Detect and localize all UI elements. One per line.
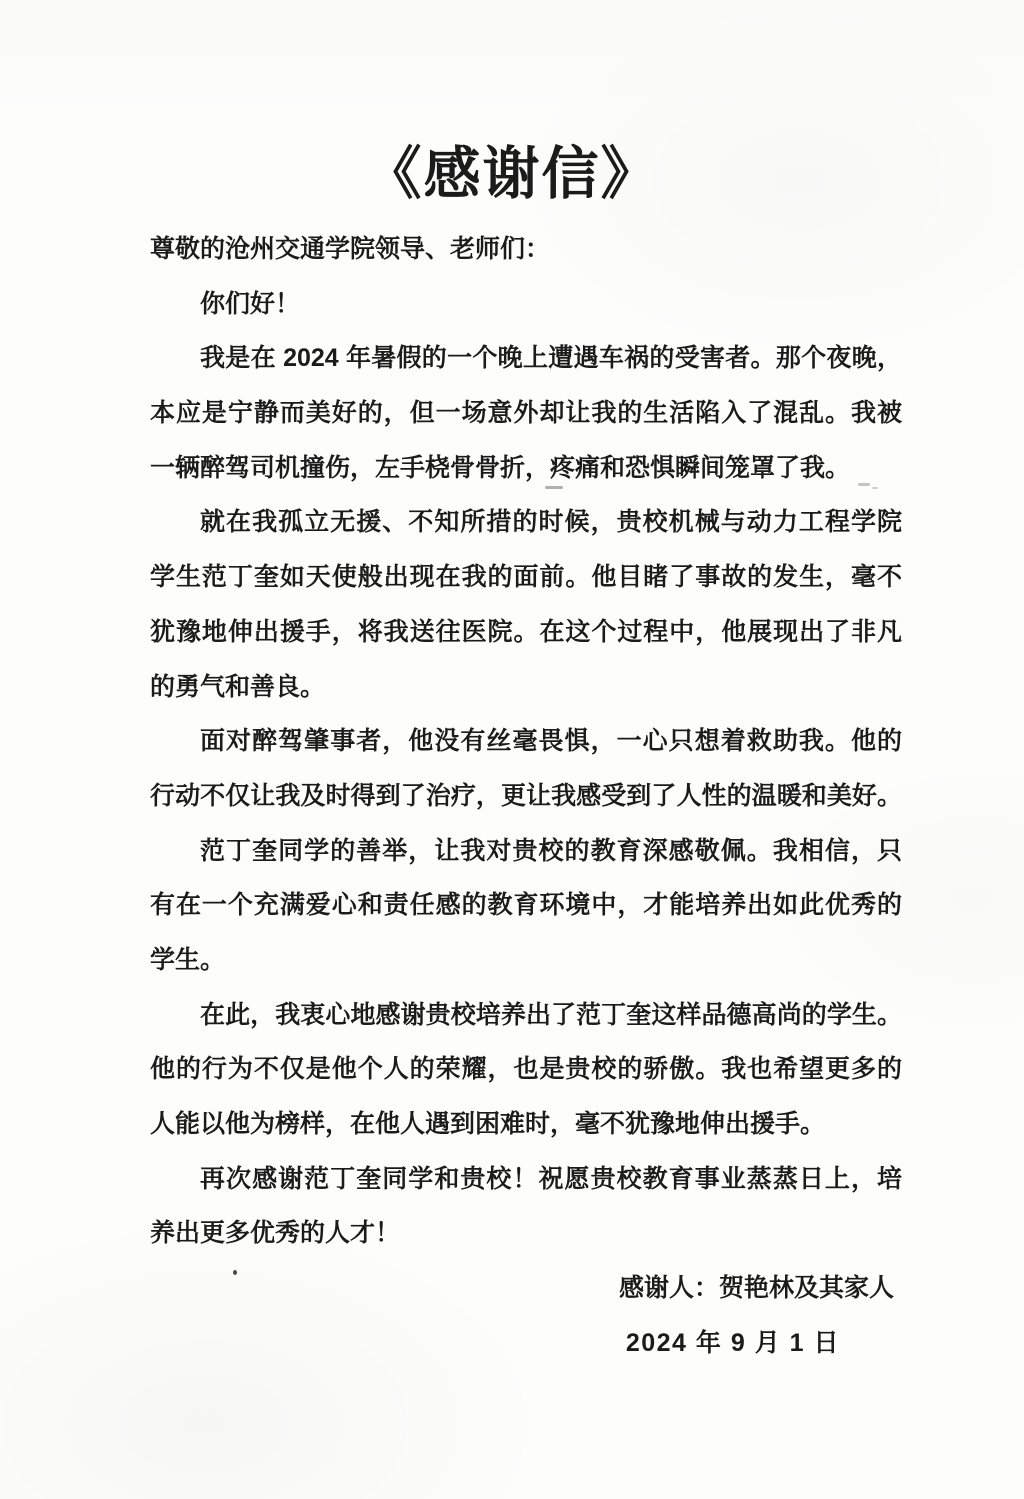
letter-line: 犹豫地伸出援手，将我送往医院。在这个过程中，他展现出了非凡 [150,605,902,660]
letter-line: 我是在 2024 年暑假的一个晚上遭遇车祸的受害者。那个夜晚， [150,331,902,386]
letter-line: 学生范丁奎如天使般出现在我的面前。他目睹了事故的发生，毫不 [150,550,902,605]
letter-line: 范丁奎同学的善举，让我对贵校的教育深感敬佩。我相信，只 [150,824,902,879]
letter-line: 在此，我衷心地感谢贵校培养出了范丁奎这样品德高尚的学生。 [150,988,902,1043]
letter-line: 一辆醉驾司机撞伤，左手桡骨骨折，疼痛和恐惧瞬间笼罩了我。 [150,441,902,496]
letter-line: 行动不仅让我及时得到了治疗，更让我感受到了人性的温暖和美好。 [150,769,902,824]
letter-date: 2024 年 9 月 1 日 [150,1316,902,1371]
letter-title: 《感谢信》 [0,128,1024,210]
letter-signature: 感谢人：贺艳林及其家人 [150,1261,902,1316]
letter-line: 面对醉驾肇事者，他没有丝毫畏惧，一心只想着救助我。他的 [150,714,902,769]
letter-body: 尊敬的沧州交通学院领导、老师们： 你们好！ 我是在 2024 年暑假的一个晚上遭… [150,222,902,1370]
scanned-letter-page: 《感谢信》 尊敬的沧州交通学院领导、老师们： 你们好！ 我是在 2024 年暑假… [0,0,1024,1499]
letter-line: 的勇气和善良。 [150,660,902,715]
letter-salutation: 尊敬的沧州交通学院领导、老师们： [150,222,902,277]
letter-line: 就在我孤立无援、不知所措的时候，贵校机械与动力工程学院 [150,495,902,550]
letter-line: 有在一个充满爱心和责任感的教育环境中，才能培养出如此优秀的 [150,878,902,933]
letter-line: 本应是宁静而美好的，但一场意外却让我的生活陷入了混乱。我被 [150,386,902,441]
letter-greeting: 你们好！ [150,277,902,332]
letter-line: 养出更多优秀的人才！ [150,1206,902,1261]
letter-line: 再次感谢范丁奎同学和贵校！祝愿贵校教育事业蒸蒸日上，培 [150,1152,902,1207]
letter-line: 他的行为不仅是他个人的荣耀，也是贵校的骄傲。我也希望更多的 [150,1042,902,1097]
letter-line: 人能以他为榜样，在他人遇到困难时，毫不犹豫地伸出援手。 [150,1097,902,1152]
letter-line: 学生。 [150,933,902,988]
